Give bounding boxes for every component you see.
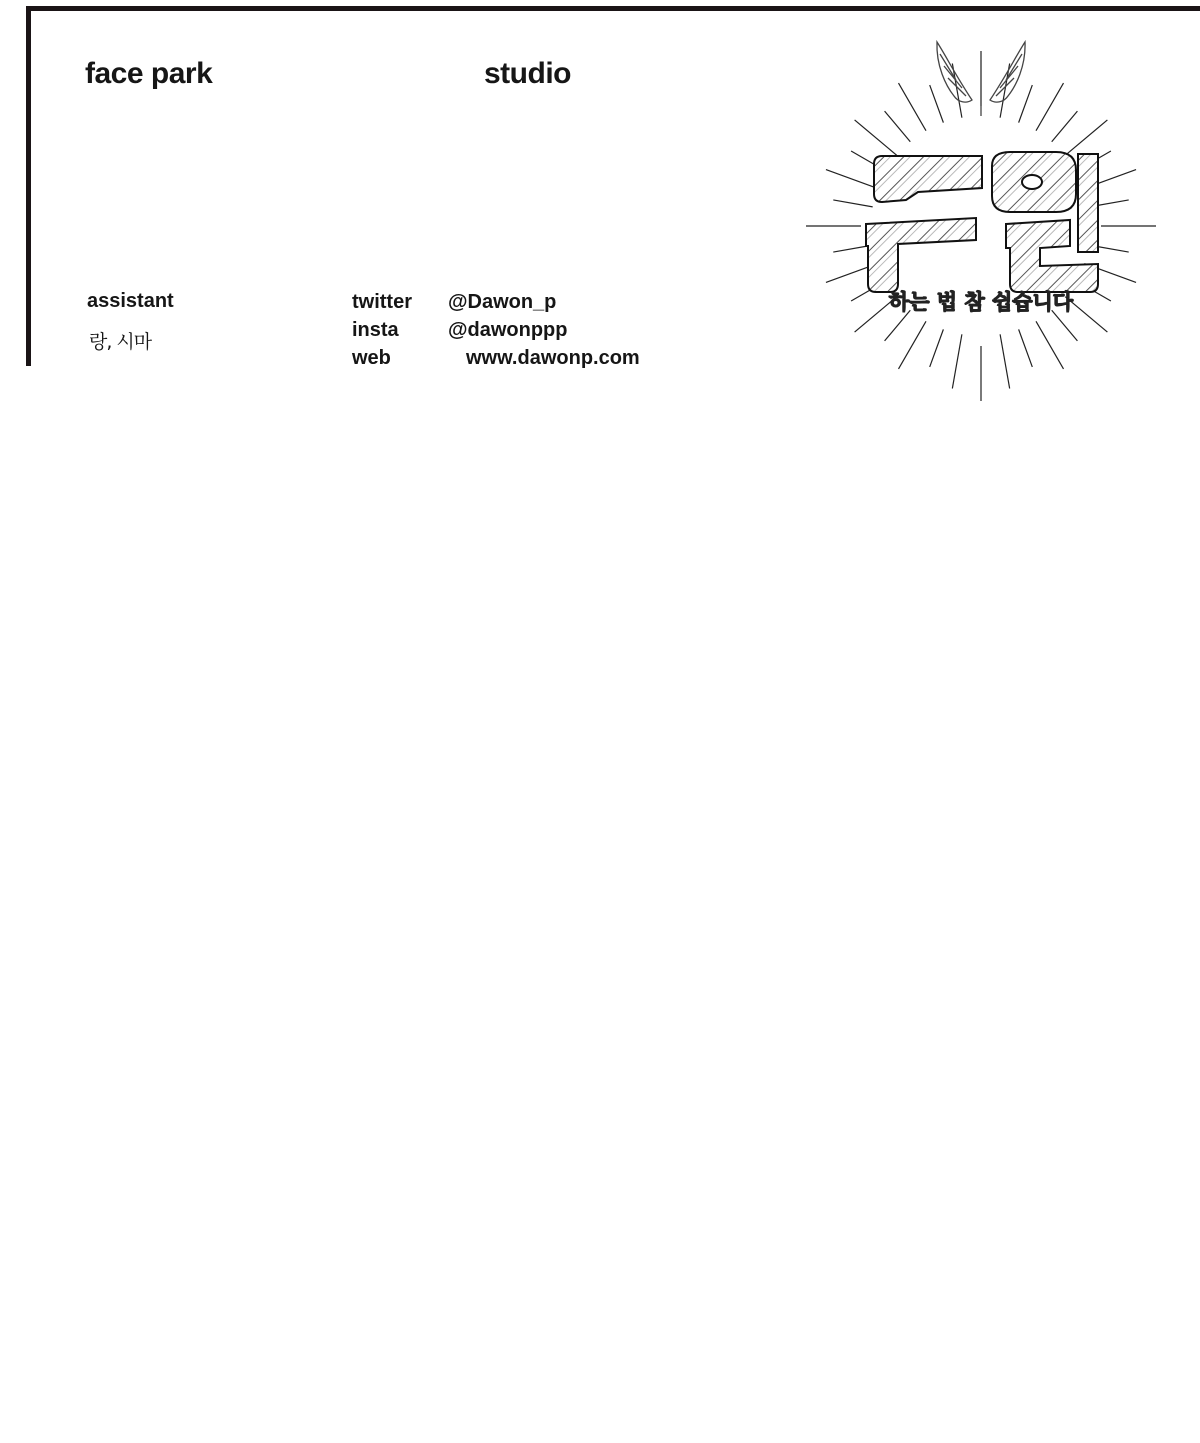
insta-handle[interactable]: @dawonppp (448, 316, 567, 344)
contact-twitter: twitter @Dawon_p (352, 288, 640, 316)
assistant-names: 랑, 시마 (89, 330, 151, 354)
website-link[interactable]: www.dawonp.com (448, 344, 640, 372)
title-glyphs-icon (866, 152, 1098, 292)
studio-name: face park (85, 56, 212, 92)
winged-burst-title-logo-icon: 하는 법 참 쉽습니다 (806, 36, 1156, 402)
contact-label: insta (352, 316, 448, 344)
contact-web: web www.dawonp.com (352, 344, 640, 372)
twitter-handle[interactable]: @Dawon_p (448, 288, 556, 316)
assistant-label: assistant (87, 289, 174, 313)
contact-label: twitter (352, 288, 448, 316)
frame-top-border (26, 6, 1200, 11)
studio-label: studio (484, 56, 571, 92)
frame-left-border (26, 6, 31, 366)
contact-list: twitter @Dawon_p insta @dawonppp web www… (352, 288, 640, 372)
logo-subtitle: 하는 법 참 쉽습니다 (889, 290, 1074, 314)
contact-insta: insta @dawonppp (352, 316, 640, 344)
contact-label: web (352, 344, 448, 372)
